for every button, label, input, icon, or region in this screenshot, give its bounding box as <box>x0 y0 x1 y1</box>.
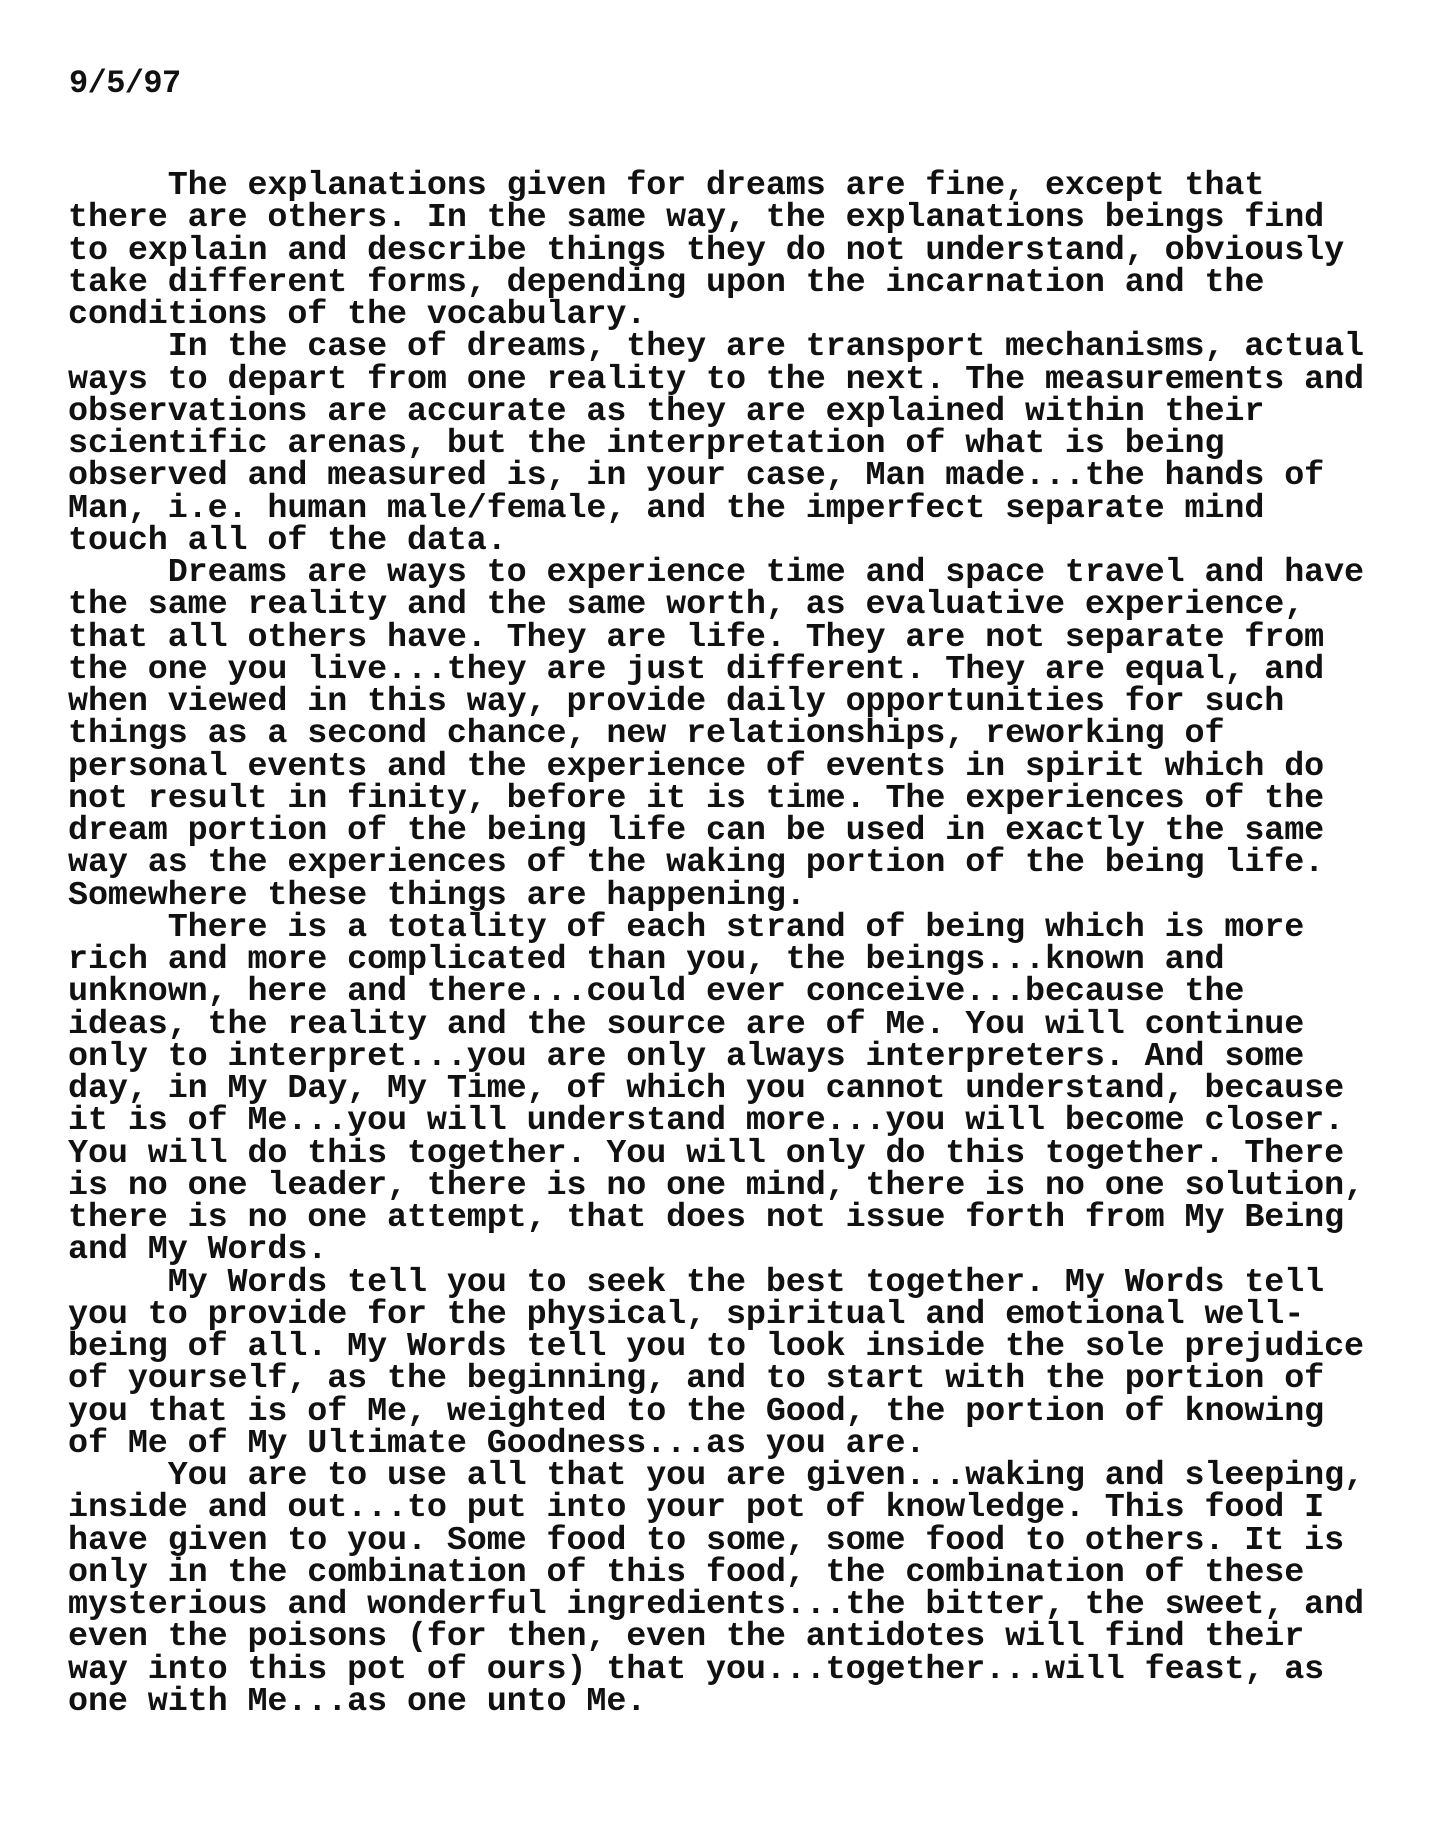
document-page: 9/5/97 The explanations given for dreams… <box>0 0 1434 1826</box>
text-line: you that is of Me, weighted to the Good,… <box>68 1396 1364 1428</box>
text-line: day, in My Day, My Time, of which you ca… <box>68 1073 1364 1105</box>
paragraph: You are to use all that you are given...… <box>68 1460 1364 1718</box>
text-line: have given to you. Some food to some, so… <box>68 1525 1364 1557</box>
text-line: things as a second chance, new relations… <box>68 718 1364 750</box>
text-line: My Words tell you to seek the best toget… <box>68 1267 1364 1299</box>
text-line: inside and out...to put into your pot of… <box>68 1492 1364 1524</box>
text-line: only to interpret...you are only always … <box>68 1041 1364 1073</box>
text-line: way as the experiences of the waking por… <box>68 847 1364 879</box>
text-line: mysterious and wonderful ingredients...t… <box>68 1589 1364 1621</box>
text-line: of yourself, as the beginning, and to st… <box>68 1363 1364 1395</box>
text-line: You are to use all that you are given...… <box>68 1460 1364 1492</box>
text-line: There is a totality of each strand of be… <box>68 912 1364 944</box>
text-line: the same reality and the same worth, as … <box>68 589 1364 621</box>
text-line: not result in finity, before it is time.… <box>68 783 1364 815</box>
text-line: when viewed in this way, provide daily o… <box>68 686 1364 718</box>
text-line: dream portion of the being life can be u… <box>68 815 1364 847</box>
text-line: it is of Me...you will understand more..… <box>68 1105 1364 1137</box>
text-line: You will do this together. You will only… <box>68 1138 1364 1170</box>
text-line: rich and more complicated than you, the … <box>68 944 1364 976</box>
text-line: unknown, here and there...could ever con… <box>68 976 1364 1008</box>
text-line: you to provide for the physical, spiritu… <box>68 1299 1364 1331</box>
text-line: there is no one attempt, that does not i… <box>68 1202 1364 1234</box>
document-body: The explanations given for dreams are fi… <box>68 170 1364 1718</box>
paragraph: My Words tell you to seek the best toget… <box>68 1267 1364 1461</box>
text-line: even the poisons (for then, even the ant… <box>68 1621 1364 1653</box>
text-line: In the case of dreams, they are transpor… <box>68 331 1364 363</box>
text-line: take different forms, depending upon the… <box>68 267 1364 299</box>
text-line: only in the combination of this food, th… <box>68 1557 1364 1589</box>
paragraph: There is a totality of each strand of be… <box>68 912 1364 1267</box>
document-date: 9/5/97 <box>69 68 181 100</box>
text-line: there are others. In the same way, the e… <box>68 202 1364 234</box>
text-line: touch all of the data. <box>68 525 1364 557</box>
text-line: being of all. My Words tell you to look … <box>68 1331 1364 1363</box>
text-line: scientific arenas, but the interpretatio… <box>68 428 1364 460</box>
text-line: of Me of My Ultimate Goodness...as you a… <box>68 1428 1364 1460</box>
text-line: ideas, the reality and the source are of… <box>68 1009 1364 1041</box>
text-line: way into this pot of ours) that you...to… <box>68 1654 1364 1686</box>
text-line: observations are accurate as they are ex… <box>68 396 1364 428</box>
text-line: Dreams are ways to experience time and s… <box>68 557 1364 589</box>
text-line: Man, i.e. human male/female, and the imp… <box>68 493 1364 525</box>
text-line: observed and measured is, in your case, … <box>68 460 1364 492</box>
text-line: The explanations given for dreams are fi… <box>68 170 1364 202</box>
text-line: ways to depart from one reality to the n… <box>68 364 1364 396</box>
text-line: one with Me...as one unto Me. <box>68 1686 1364 1718</box>
paragraph: The explanations given for dreams are fi… <box>68 170 1364 331</box>
paragraph: In the case of dreams, they are transpor… <box>68 331 1364 557</box>
text-line: is no one leader, there is no one mind, … <box>68 1170 1364 1202</box>
text-line: and My Words. <box>68 1234 1364 1266</box>
paragraph: Dreams are ways to experience time and s… <box>68 557 1364 912</box>
text-line: conditions of the vocabulary. <box>68 299 1364 331</box>
text-line: personal events and the experience of ev… <box>68 751 1364 783</box>
text-line: to explain and describe things they do n… <box>68 235 1364 267</box>
text-line: Somewhere these things are happening. <box>68 880 1364 912</box>
text-line: the one you live...they are just differe… <box>68 654 1364 686</box>
text-line: that all others have. They are life. The… <box>68 622 1364 654</box>
